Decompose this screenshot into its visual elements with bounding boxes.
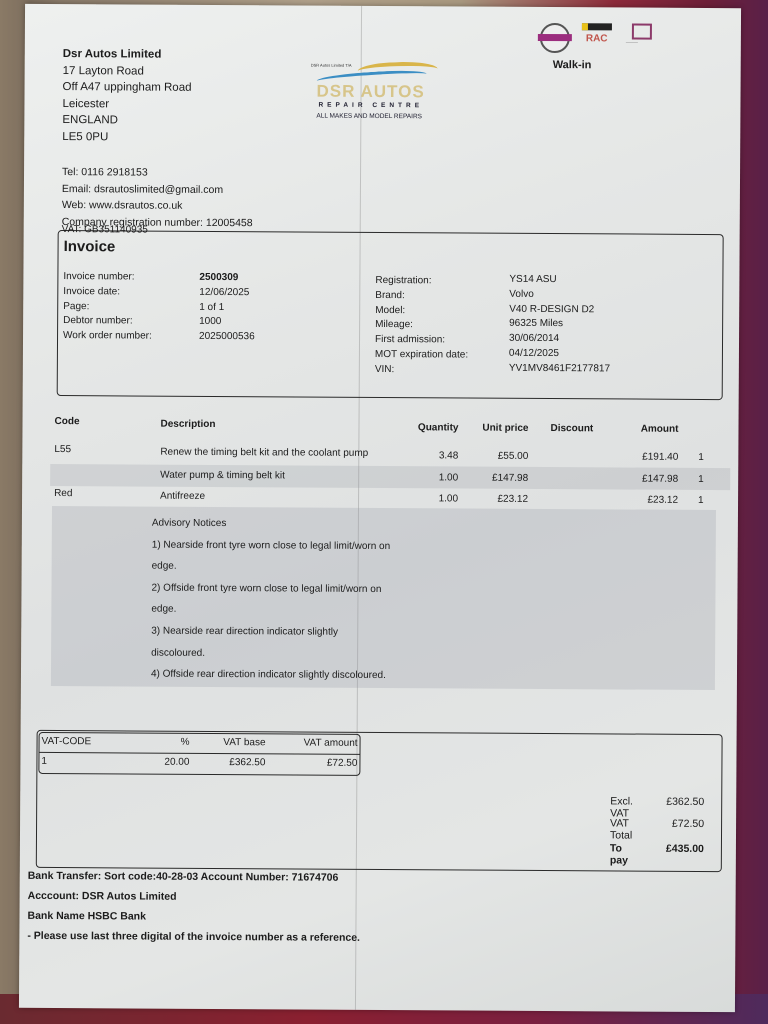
item-quantity: 1.00	[408, 472, 458, 483]
vat-code: 1	[41, 756, 47, 767]
advisory-line: edge.	[152, 556, 391, 579]
dsr-autos-logo: DSR Autos Limited T/A DSR AUTOS REPAIR C…	[302, 58, 462, 129]
item-vat-code: 1	[698, 452, 704, 463]
page-number: 1 of 1	[199, 300, 255, 315]
header-amount: Amount	[620, 423, 678, 434]
advisory-line: 3) Nearside rear direction indicator sli…	[151, 621, 390, 644]
payment-reference-note: - Please use last three digital of the i…	[27, 926, 360, 948]
vat-total-value: £72.50	[654, 818, 704, 830]
vat-amount: £72.50	[269, 757, 357, 769]
field-label: Page:	[63, 300, 152, 315]
rac-badge-icon: RAC	[586, 33, 608, 44]
logo-small-text: DSR Autos Limited T/A	[311, 63, 352, 68]
vat-header-pct: %	[140, 737, 190, 748]
advisory-line: 4) Offside rear direction indicator slig…	[151, 664, 390, 687]
item-description: Renew the timing belt kit and the coolan…	[160, 447, 368, 459]
address-line: Leicester	[62, 96, 191, 113]
item-vat-code: 1	[698, 495, 704, 506]
address-line: Off A47 uppingham Road	[63, 79, 192, 96]
bank-transfer-line: Bank Transfer: Sort code:40-28-03 Accoun…	[28, 866, 361, 888]
vat-table-row: 1 20.00 £362.50 £72.50	[39, 753, 359, 774]
model: V40 R-DESIGN D2	[509, 302, 610, 317]
field-label: MOT expiration date:	[375, 348, 468, 363]
customer-type: Walk-in	[553, 59, 592, 71]
field-label: First admission:	[375, 333, 468, 348]
field-label: VIN:	[375, 363, 468, 378]
contact-block: Tel: 0116 2918153 Email: dsrautoslimited…	[62, 164, 253, 231]
invoice-date: 12/06/2025	[199, 286, 255, 301]
bank-account-name: Acccount: DSR Autos Limited	[28, 886, 361, 908]
debtor-number: 1000	[199, 315, 255, 330]
advisory-line: 1) Nearside front tyre worn close to leg…	[152, 534, 391, 557]
vat-header-code: VAT-CODE	[42, 736, 92, 747]
invoice-field-values: 2500309 12/06/2025 1 of 1 1000 202500053…	[199, 271, 255, 345]
field-label: Model:	[375, 304, 468, 319]
header-discount: Discount	[550, 423, 593, 434]
item-code: Red	[54, 488, 72, 499]
logo-tagline: ALL MAKES AND MODEL REPAIRS	[316, 113, 422, 121]
mileage: 96325 Miles	[509, 317, 610, 332]
item-unit-price: £23.12	[470, 494, 528, 505]
item-amount: £147.98	[620, 473, 678, 484]
item-unit-price: £55.00	[470, 451, 528, 462]
item-amount: £191.40	[620, 451, 678, 462]
field-label: Brand:	[375, 289, 468, 304]
first-admission: 30/06/2014	[509, 332, 610, 347]
website: Web: www.dsrautos.co.uk	[62, 197, 253, 215]
aa-badge-icon	[582, 23, 612, 30]
vat-header-amount: VAT amount	[270, 737, 358, 749]
excl-vat-value: £362.50	[654, 796, 704, 808]
address-line: 17 Layton Road	[63, 63, 192, 80]
excl-vat-label: Excl. VAT	[610, 795, 633, 819]
item-description: Water pump & timing belt kit	[160, 470, 285, 482]
invoice-title: Invoice	[64, 238, 116, 255]
field-label: Work order number:	[63, 329, 152, 344]
brand: Volvo	[509, 288, 610, 303]
work-order-number: 2025000536	[199, 330, 255, 345]
vat-header-base: VAT base	[200, 737, 266, 748]
address-line: LE5 0PU	[62, 129, 191, 146]
telephone: Tel: 0116 2918153	[62, 164, 253, 182]
vat-base: £362.50	[199, 757, 265, 768]
advisory-notices: Advisory Notices 1) Nearside front tyre …	[151, 513, 390, 687]
field-label: Mileage:	[375, 318, 468, 333]
invoice-paper: Dsr Autos Limited 17 Layton Road Off A47…	[19, 4, 741, 1012]
company-name: Dsr Autos Limited	[63, 46, 192, 63]
vat-table-header: VAT-CODE % VAT base VAT amount	[39, 733, 359, 755]
invoice-field-labels: Invoice number: Invoice date: Page: Debt…	[63, 270, 152, 345]
advisory-line: edge.	[151, 599, 390, 622]
header-unit-price: Unit price	[470, 423, 528, 434]
to-pay-label: To pay	[610, 842, 628, 866]
registration: YS14 ASU	[509, 273, 610, 288]
advisory-line: 2) Offside front tyre worn close to lega…	[151, 577, 390, 600]
vat-pct: 20.00	[139, 757, 189, 768]
line-items-table: Code Description Quantity Unit price Dis…	[50, 416, 731, 512]
vin: YV1MV8461F2177817	[509, 362, 610, 377]
field-label: Registration:	[375, 274, 468, 289]
item-description: Antifreeze	[160, 491, 205, 502]
to-pay-value: £435.00	[654, 843, 704, 855]
advisory-line: discoloured.	[151, 642, 390, 665]
field-label: Debtor number:	[63, 314, 152, 329]
bank-details: Bank Transfer: Sort code:40-28-03 Accoun…	[27, 866, 360, 948]
header-description: Description	[160, 419, 215, 430]
item-amount: £23.12	[620, 494, 678, 505]
item-quantity: 3.48	[408, 450, 458, 461]
email: Email: dsrautoslimited@gmail.com	[62, 181, 253, 199]
vat-total-label: VAT Total	[610, 817, 632, 841]
mot-expiration: 04/12/2025	[509, 347, 610, 362]
bank-name: Bank Name HSBC Bank	[27, 906, 360, 928]
item-code: L55	[54, 444, 71, 455]
company-address-block: Dsr Autos Limited 17 Layton Road Off A47…	[62, 46, 192, 146]
advisory-title: Advisory Notices	[152, 513, 391, 536]
header-quantity: Quantity	[408, 422, 458, 433]
item-unit-price: £147.98	[470, 473, 528, 484]
logo-subtitle: REPAIR CENTRE	[318, 102, 423, 110]
logo-brand: DSR AUTOS	[316, 82, 424, 103]
table-row: Red Antifreeze 1.00 £23.12 £23.12 1	[50, 486, 730, 512]
vat-breakdown-table: VAT-CODE % VAT base VAT amount 1 20.00 £…	[38, 732, 360, 776]
garage-badge-text: ———	[626, 39, 638, 44]
garage-badge-icon	[632, 24, 652, 40]
vehicle-field-values: YS14 ASU Volvo V40 R-DESIGN D2 96325 Mil…	[509, 273, 611, 377]
field-label: Invoice number:	[63, 270, 152, 285]
invoice-number: 2500309	[199, 271, 255, 286]
accreditation-badges: RAC ———	[540, 21, 680, 58]
item-vat-code: 1	[698, 474, 704, 485]
vehicle-field-labels: Registration: Brand: Model: Mileage: Fir…	[375, 274, 469, 378]
accreditation-circle-icon	[540, 23, 570, 53]
header-code: Code	[54, 416, 79, 427]
field-label: Invoice date:	[63, 285, 152, 300]
item-quantity: 1.00	[408, 493, 458, 504]
address-line: ENGLAND	[62, 112, 191, 129]
vat-number: VAT: GB351140935	[62, 224, 148, 236]
